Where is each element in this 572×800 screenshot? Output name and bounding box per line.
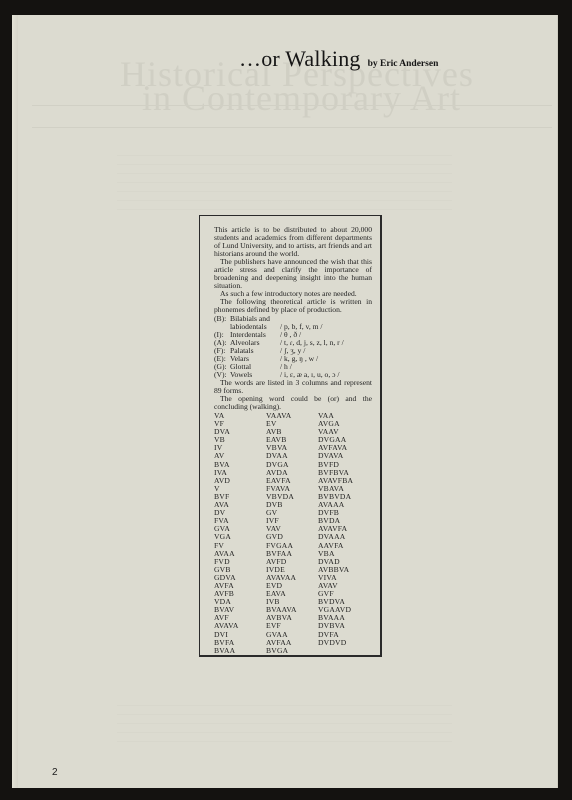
phoneme-table: (B):Bilabials andlabiodentals/ p, b, f, … (214, 315, 344, 379)
word-item: BVGA (266, 647, 318, 655)
word-list: VAVAAVAVAAVFEVAVGADVAAVBVAAVVBEAVBDVGAAI… (214, 412, 372, 655)
show-through-text-block (117, 705, 452, 745)
article-byline: by Eric Andersen (368, 59, 439, 69)
paragraph-phonemes: The following theoretical article is wri… (214, 298, 372, 314)
show-through-title-line2: in Contemporary Art (142, 77, 461, 119)
page-number: 2 (52, 767, 58, 778)
article-body: This article is to be distributed to abo… (214, 226, 372, 655)
paragraph-columns: The words are listed in 3 columns and re… (214, 379, 372, 395)
article-title: …or Walking (239, 46, 361, 71)
show-through-rule (32, 105, 552, 106)
paragraph-intro: This article is to be distributed to abo… (214, 226, 372, 258)
word-item: AVD (214, 477, 266, 485)
show-through-text-block (117, 155, 452, 215)
article-heading: …or Walking by Eric Andersen (239, 46, 438, 72)
paragraph-opening-word: The opening word could be (or) and the c… (214, 395, 372, 411)
word-item: BVAA (214, 647, 266, 655)
article-box: This article is to be distributed to abo… (199, 215, 382, 657)
phoneme-code: (B): (214, 315, 230, 323)
show-through-rule (32, 127, 552, 128)
paragraph-publishers: The publishers have announced the wish t… (214, 258, 372, 290)
word-item: DVDVD (318, 639, 372, 647)
word-item (318, 647, 372, 655)
